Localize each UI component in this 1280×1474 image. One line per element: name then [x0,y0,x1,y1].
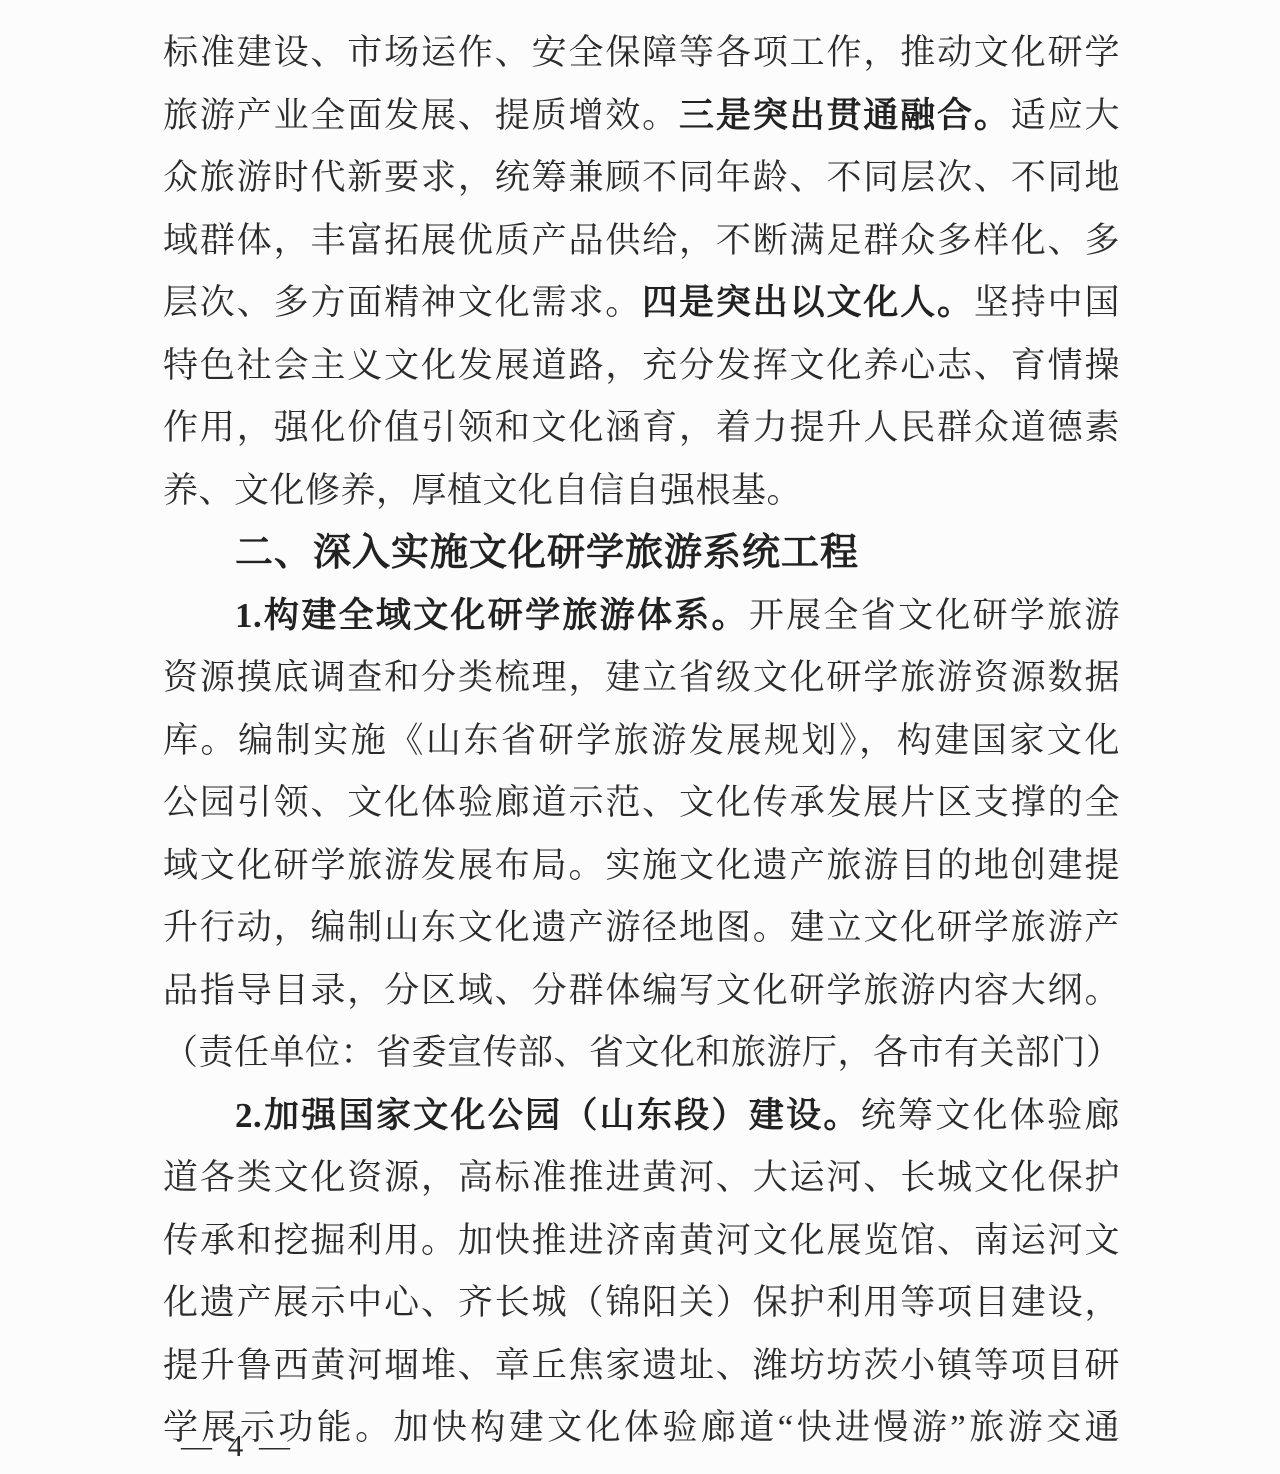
text-segment: 特色社会主义文化发展道路，充分发挥文化养心志、育情操 [163,346,1120,385]
text-line: 资源摸底调查和分类梳理，建立省级文化研学旅游资源数据 [163,647,1120,710]
text-segment: 公园引领、文化体验廊道示范、文化传承发展片区支撑的全 [163,783,1120,822]
text-segment: 资源摸底调查和分类梳理，建立省级文化研学旅游资源数据 [163,658,1120,697]
text-line: 域群体，丰富拓展优质产品供给，不断满足群众多样化、多 [163,210,1120,273]
document-page: 标准建设、市场运作、安全保障等各项工作，推动文化研学旅游产业全面发展、提质增效。… [0,0,1280,1474]
text-segment: 统筹文化体验廊 [861,1096,1120,1135]
text-line: 标准建设、市场运作、安全保障等各项工作，推动文化研学 [163,22,1120,85]
text-line: 2.加强国家文化公园（山东段）建设。统筹文化体验廊 [163,1085,1120,1148]
text-line: 传承和挖掘利用。加快推进济南黄河文化展览馆、南运河文 [163,1210,1120,1273]
text-line: 升行动，编制山东文化遗产游径地图。建立文化研学旅游产 [163,897,1120,960]
section-heading: 二、深入实施文化研学旅游系统工程 [163,522,1120,585]
text-line: 众旅游时代新要求，统筹兼顾不同年龄、不同层次、不同地 [163,147,1120,210]
text-line: （责任单位：省委宣传部、省文化和旅游厅，各市有关部门） [163,1022,1120,1085]
text-segment: 众旅游时代新要求，统筹兼顾不同年龄、不同层次、不同地 [163,158,1120,197]
text-line: 层次、多方面精神文化需求。四是突出以文化人。坚持中国 [163,272,1120,335]
page-number: — 4 — [181,1428,294,1463]
text-line: 学展示功能。加快构建文化体验廊道“快进慢游”旅游交通 [163,1397,1120,1460]
text-segment: 四是突出以文化人。 [642,283,974,322]
text-line: 品指导目录，分区域、分群体编写文化研学旅游内容大纲。 [163,960,1120,1023]
text-segment: 开展全省文化研学旅游 [749,596,1120,635]
text-segment: 作用，强化价值引领和文化涵育，着力提升人民群众道德素 [163,408,1120,447]
text-line: 域文化研学旅游发展布局。实施文化遗产旅游目的地创建提 [163,835,1120,898]
text-line: 作用，强化价值引领和文化涵育，着力提升人民群众道德素 [163,397,1120,460]
text-segment: 学展示功能。加快构建文化体验廊道“快进慢游”旅游交通 [163,1408,1120,1447]
text-line: 特色社会主义文化发展道路，充分发挥文化养心志、育情操 [163,335,1120,398]
text-segment: 层次、多方面精神文化需求。 [163,283,642,322]
text-line: 提升鲁西黄河堌堆、章丘焦家遗址、潍坊坊茨小镇等项目研 [163,1335,1120,1398]
text-segment: 适应大 [1011,96,1120,135]
text-line: 公园引领、文化体验廊道示范、文化传承发展片区支撑的全 [163,772,1120,835]
text-line: 库。编制实施《山东省研学旅游发展规划》，构建国家文化 [163,710,1120,773]
text-segment: 坚持中国 [974,283,1120,322]
document-body: 标准建设、市场运作、安全保障等各项工作，推动文化研学旅游产业全面发展、提质增效。… [163,22,1120,1460]
page-footer: — 4 — [181,1428,294,1464]
text-segment: 三是突出贯通融合。 [679,96,1011,135]
text-line: 养、文化修养，厚植文化自信自强根基。 [163,460,1120,523]
text-segment: 2.加强国家文化公园（山东段）建设。 [235,1096,861,1135]
text-segment: 品指导目录，分区域、分群体编写文化研学旅游内容大纲。 [163,971,1120,1010]
text-segment: 二、深入实施文化研学旅游系统工程 [235,532,859,574]
text-segment: 传承和挖掘利用。加快推进济南黄河文化展览馆、南运河文 [163,1221,1120,1260]
text-line: 1.构建全域文化研学旅游体系。开展全省文化研学旅游 [163,585,1120,648]
text-segment: 道各类文化资源，高标准推进黄河、大运河、长城文化保护 [163,1158,1120,1197]
text-segment: 库。编制实施《山东省研学旅游发展规划》，构建国家文化 [163,721,1120,760]
text-segment: 域群体，丰富拓展优质产品供给，不断满足群众多样化、多 [163,221,1120,260]
text-segment: （责任单位：省委宣传部、省文化和旅游厅，各市有关部门） [163,1033,1122,1072]
text-segment: 化遗产展示中心、齐长城（锦阳关）保护利用等项目建设， [163,1283,1120,1322]
text-segment: 标准建设、市场运作、安全保障等各项工作，推动文化研学 [163,33,1120,72]
text-segment: 提升鲁西黄河堌堆、章丘焦家遗址、潍坊坊茨小镇等项目研 [163,1346,1120,1385]
text-line: 化遗产展示中心、齐长城（锦阳关）保护利用等项目建设， [163,1272,1120,1335]
text-segment: 域文化研学旅游发展布局。实施文化遗产旅游目的地创建提 [163,846,1120,885]
text-segment: 1.构建全域文化研学旅游体系。 [235,596,749,635]
text-segment: 升行动，编制山东文化遗产游径地图。建立文化研学旅游产 [163,908,1120,947]
text-line: 旅游产业全面发展、提质增效。三是突出贯通融合。适应大 [163,85,1120,148]
text-segment: 旅游产业全面发展、提质增效。 [163,96,679,135]
text-segment: 养、文化修养，厚植文化自信自强根基。 [163,471,802,510]
text-line: 道各类文化资源，高标准推进黄河、大运河、长城文化保护 [163,1147,1120,1210]
